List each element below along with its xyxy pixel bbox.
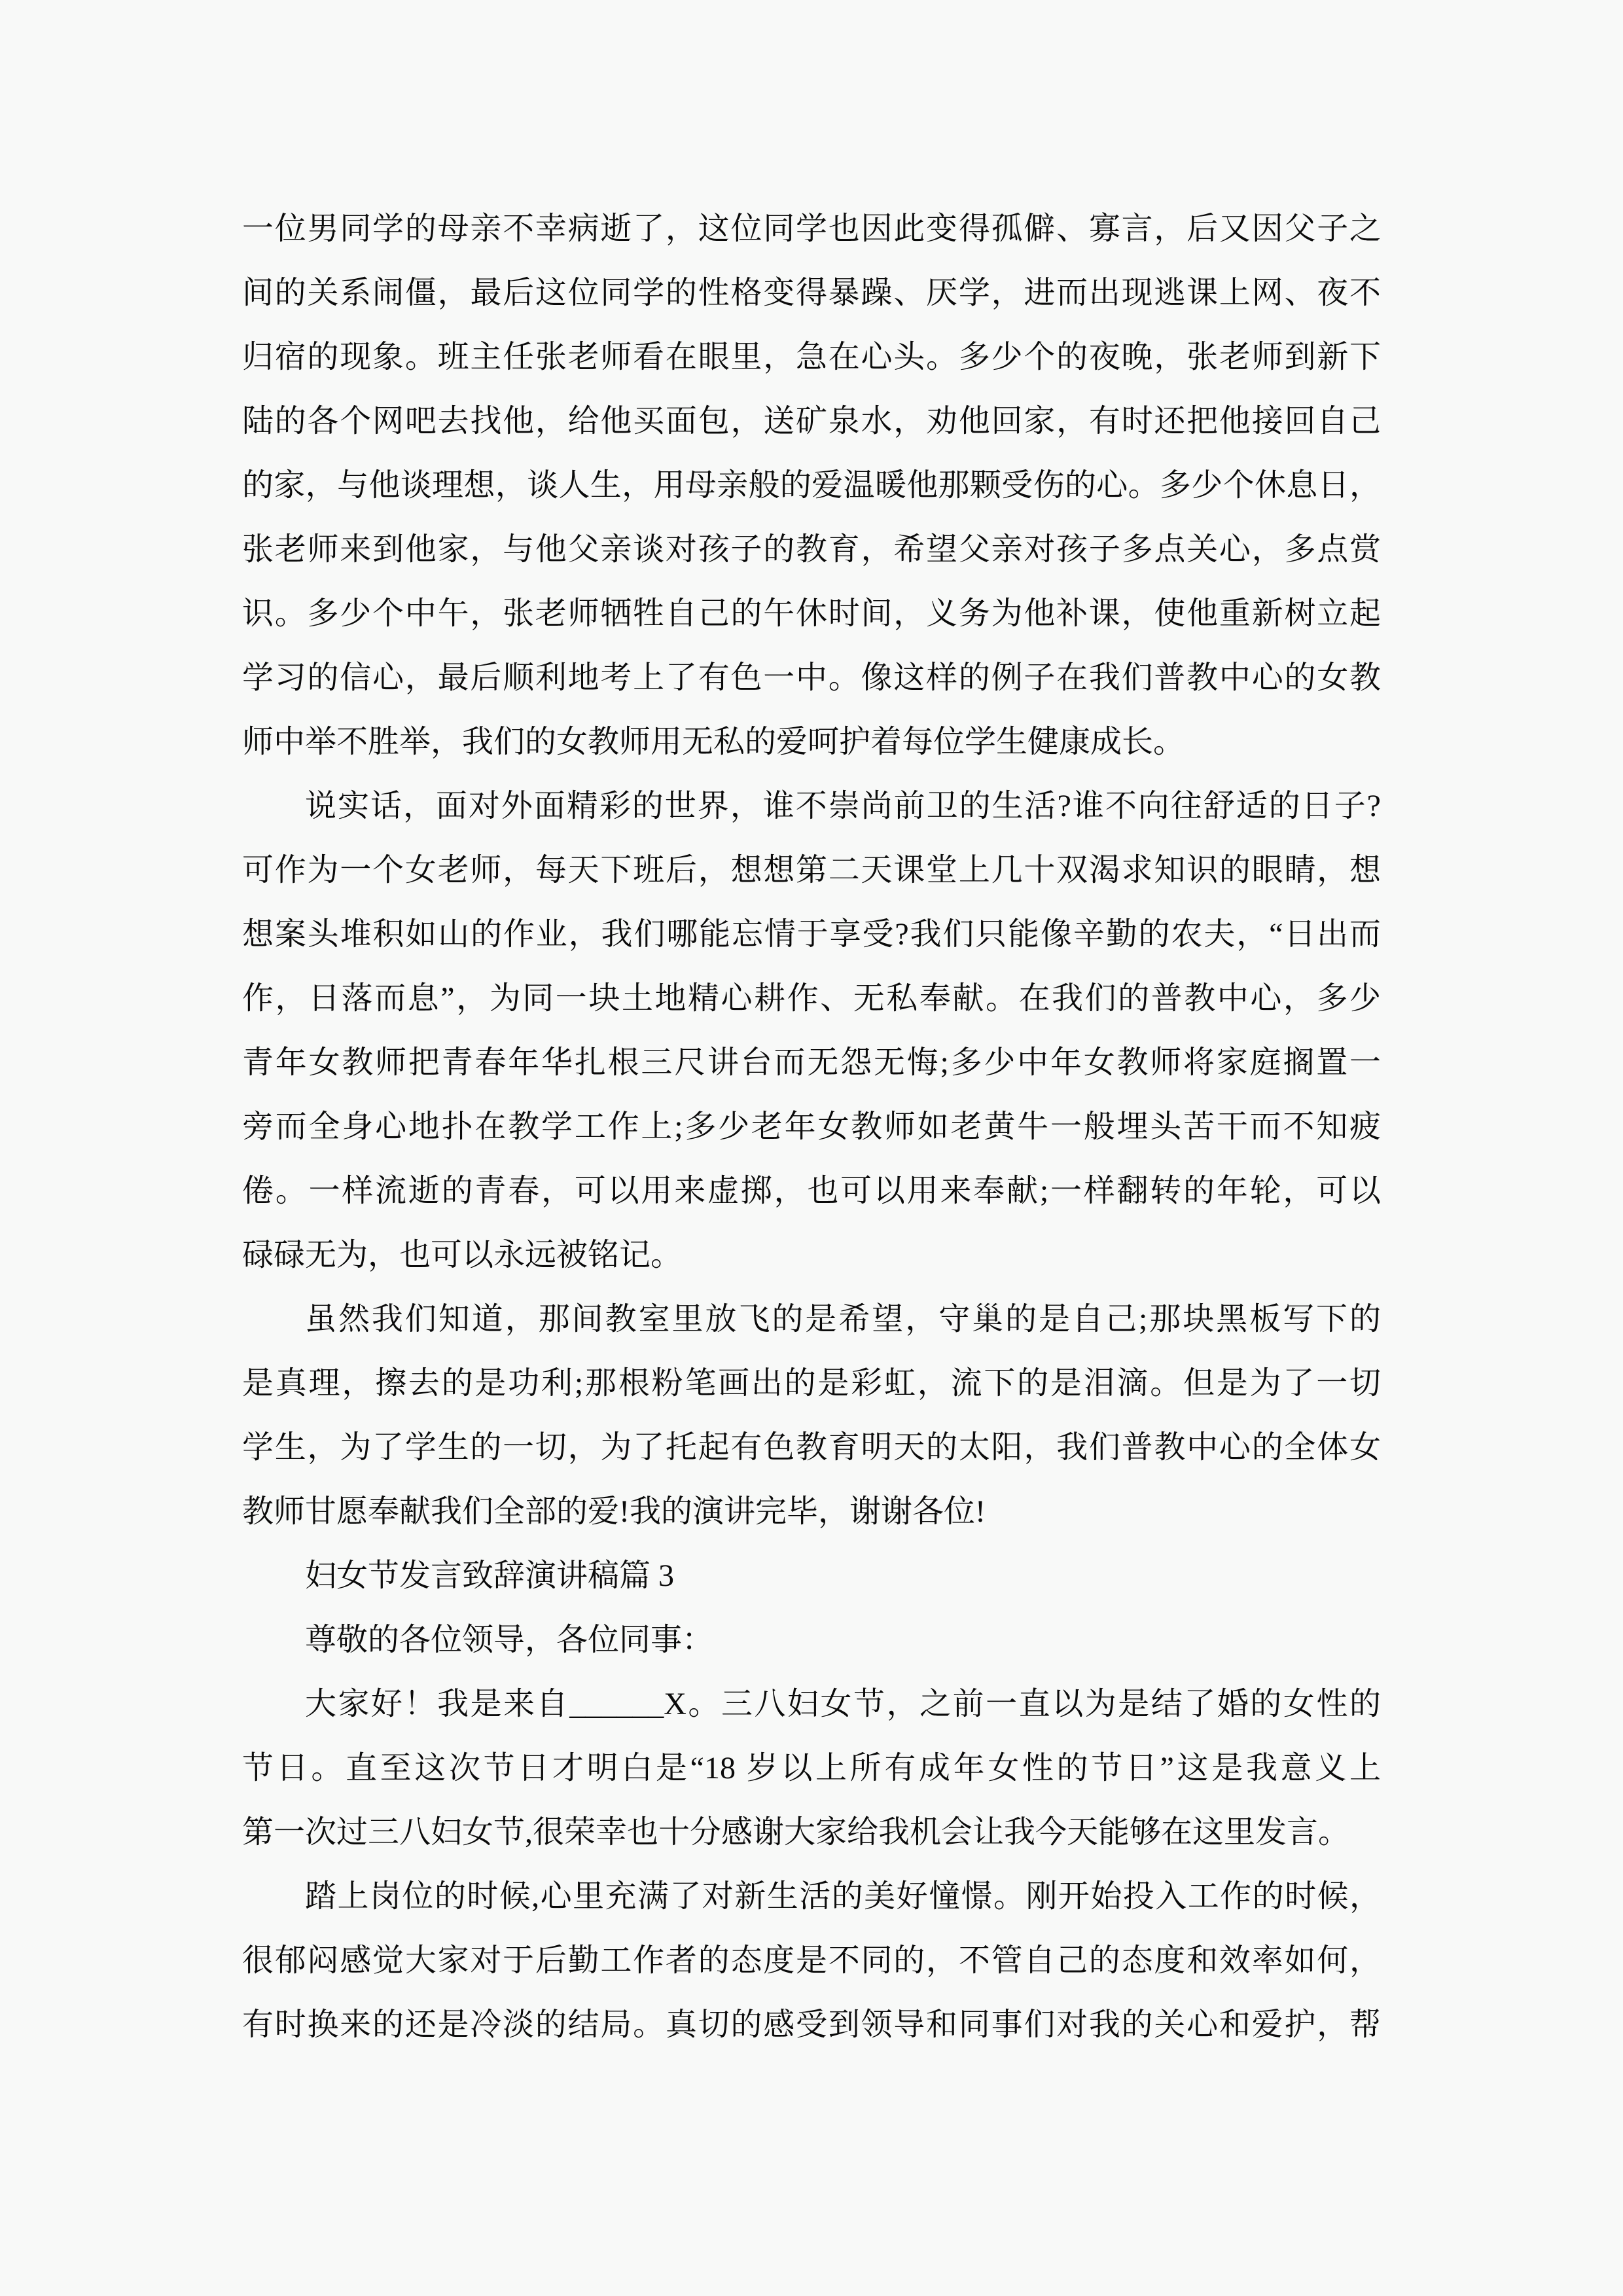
salutation-line: 尊敬的各位领导，各位同事： xyxy=(242,1608,1381,1672)
document-body: 一位男同学的母亲不幸病逝了，这位同学也因此变得孤僻、寡言，后又因父子之 间的关系… xyxy=(242,197,1381,2057)
text-line: 识。多少个中午，张老师牺牲自己的午休时间，义务为他补课，使他重新树立起 xyxy=(242,582,1381,646)
text-line: 很郁闷感觉大家对于后勤工作者的态度是不同的，不管自己的态度和效率如何， xyxy=(242,1929,1381,1993)
text-line: 可作为一个女老师，每天下班后，想想第二天课堂上几十双渴求知识的眼睛，想 xyxy=(242,838,1381,903)
text-line: 大家好！我是来自______X。三八妇女节，之前一直以为是结了婚的女性的 xyxy=(242,1672,1381,1736)
text-line: 第一次过三八妇女节,很荣幸也十分感谢大家给我机会让我今天能够在这里发言。 xyxy=(242,1801,1381,1865)
text-line: 虽然我们知道，那间教室里放飞的是希望，守巢的是自己;那块黑板写下的 xyxy=(242,1287,1381,1352)
text-line: 教师甘愿奉献我们全部的爱!我的演讲完毕，谢谢各位! xyxy=(242,1480,1381,1544)
text-line: 倦。一样流逝的青春，可以用来虚掷，也可以用来奉献;一样翻转的年轮，可以 xyxy=(242,1159,1381,1223)
text-line: 旁而全身心地扑在教学工作上;多少老年女教师如老黄牛一般埋头苦干而不知疲 xyxy=(242,1095,1381,1159)
text-line: 张老师来到他家，与他父亲谈对孩子的教育，希望父亲对孩子多点关心，多点赏 xyxy=(242,518,1381,582)
text-line: 学生，为了学生的一切，为了托起有色教育明天的太阳，我们普教中心的全体女 xyxy=(242,1416,1381,1480)
document-page: 一位男同学的母亲不幸病逝了，这位同学也因此变得孤僻、寡言，后又因父子之 间的关系… xyxy=(0,0,1623,2296)
text-line: 归宿的现象。班主任张老师看在眼里，急在心头。多少个的夜晚，张老师到新下 xyxy=(242,325,1381,389)
text-line: 说实话，面对外面精彩的世界，谁不崇尚前卫的生活?谁不向往舒适的日子? xyxy=(242,774,1381,838)
text-line: 作，日落而息”，为同一块土地精心耕作、无私奉献。在我们的普教中心，多少 xyxy=(242,967,1381,1031)
text-line: 节日。直至这次节日才明白是“18 岁以上所有成年女性的节日”这是我意义上 xyxy=(242,1736,1381,1801)
text-line: 的家，与他谈理想，谈人生，用母亲般的爱温暖他那颗受伤的心。多少个休息日， xyxy=(242,454,1381,518)
text-line: 是真理，擦去的是功利;那根粉笔画出的是彩虹，流下的是泪滴。但是为了一切 xyxy=(242,1352,1381,1416)
text-line: 青年女教师把青春年华扎根三尺讲台而无怨无悔;多少中年女教师将家庭搁置一 xyxy=(242,1031,1381,1095)
section-heading: 妇女节发言致辞演讲稿篇 3 xyxy=(242,1544,1381,1608)
text-line: 碌碌无为，也可以永远被铭记。 xyxy=(242,1223,1381,1287)
text-line: 间的关系闹僵，最后这位同学的性格变得暴躁、厌学，进而出现逃课上网、夜不 xyxy=(242,261,1381,325)
text-line: 师中举不胜举，我们的女教师用无私的爱呵护着每位学生健康成长。 xyxy=(242,710,1381,774)
text-line: 有时换来的还是冷淡的结局。真切的感受到领导和同事们对我的关心和爱护，帮 xyxy=(242,1993,1381,2057)
text-line: 想案头堆积如山的作业，我们哪能忘情于享受?我们只能像辛勤的农夫，“日出而 xyxy=(242,903,1381,967)
text-line: 学习的信心，最后顺利地考上了有色一中。像这样的例子在我们普教中心的女教 xyxy=(242,646,1381,710)
text-line: 陆的各个网吧去找他，给他买面包，送矿泉水，劝他回家，有时还把他接回自己 xyxy=(242,389,1381,454)
text-line: 一位男同学的母亲不幸病逝了，这位同学也因此变得孤僻、寡言，后又因父子之 xyxy=(242,197,1381,261)
text-line: 踏上岗位的时候,心里充满了对新生活的美好憧憬。刚开始投入工作的时候， xyxy=(242,1865,1381,1929)
